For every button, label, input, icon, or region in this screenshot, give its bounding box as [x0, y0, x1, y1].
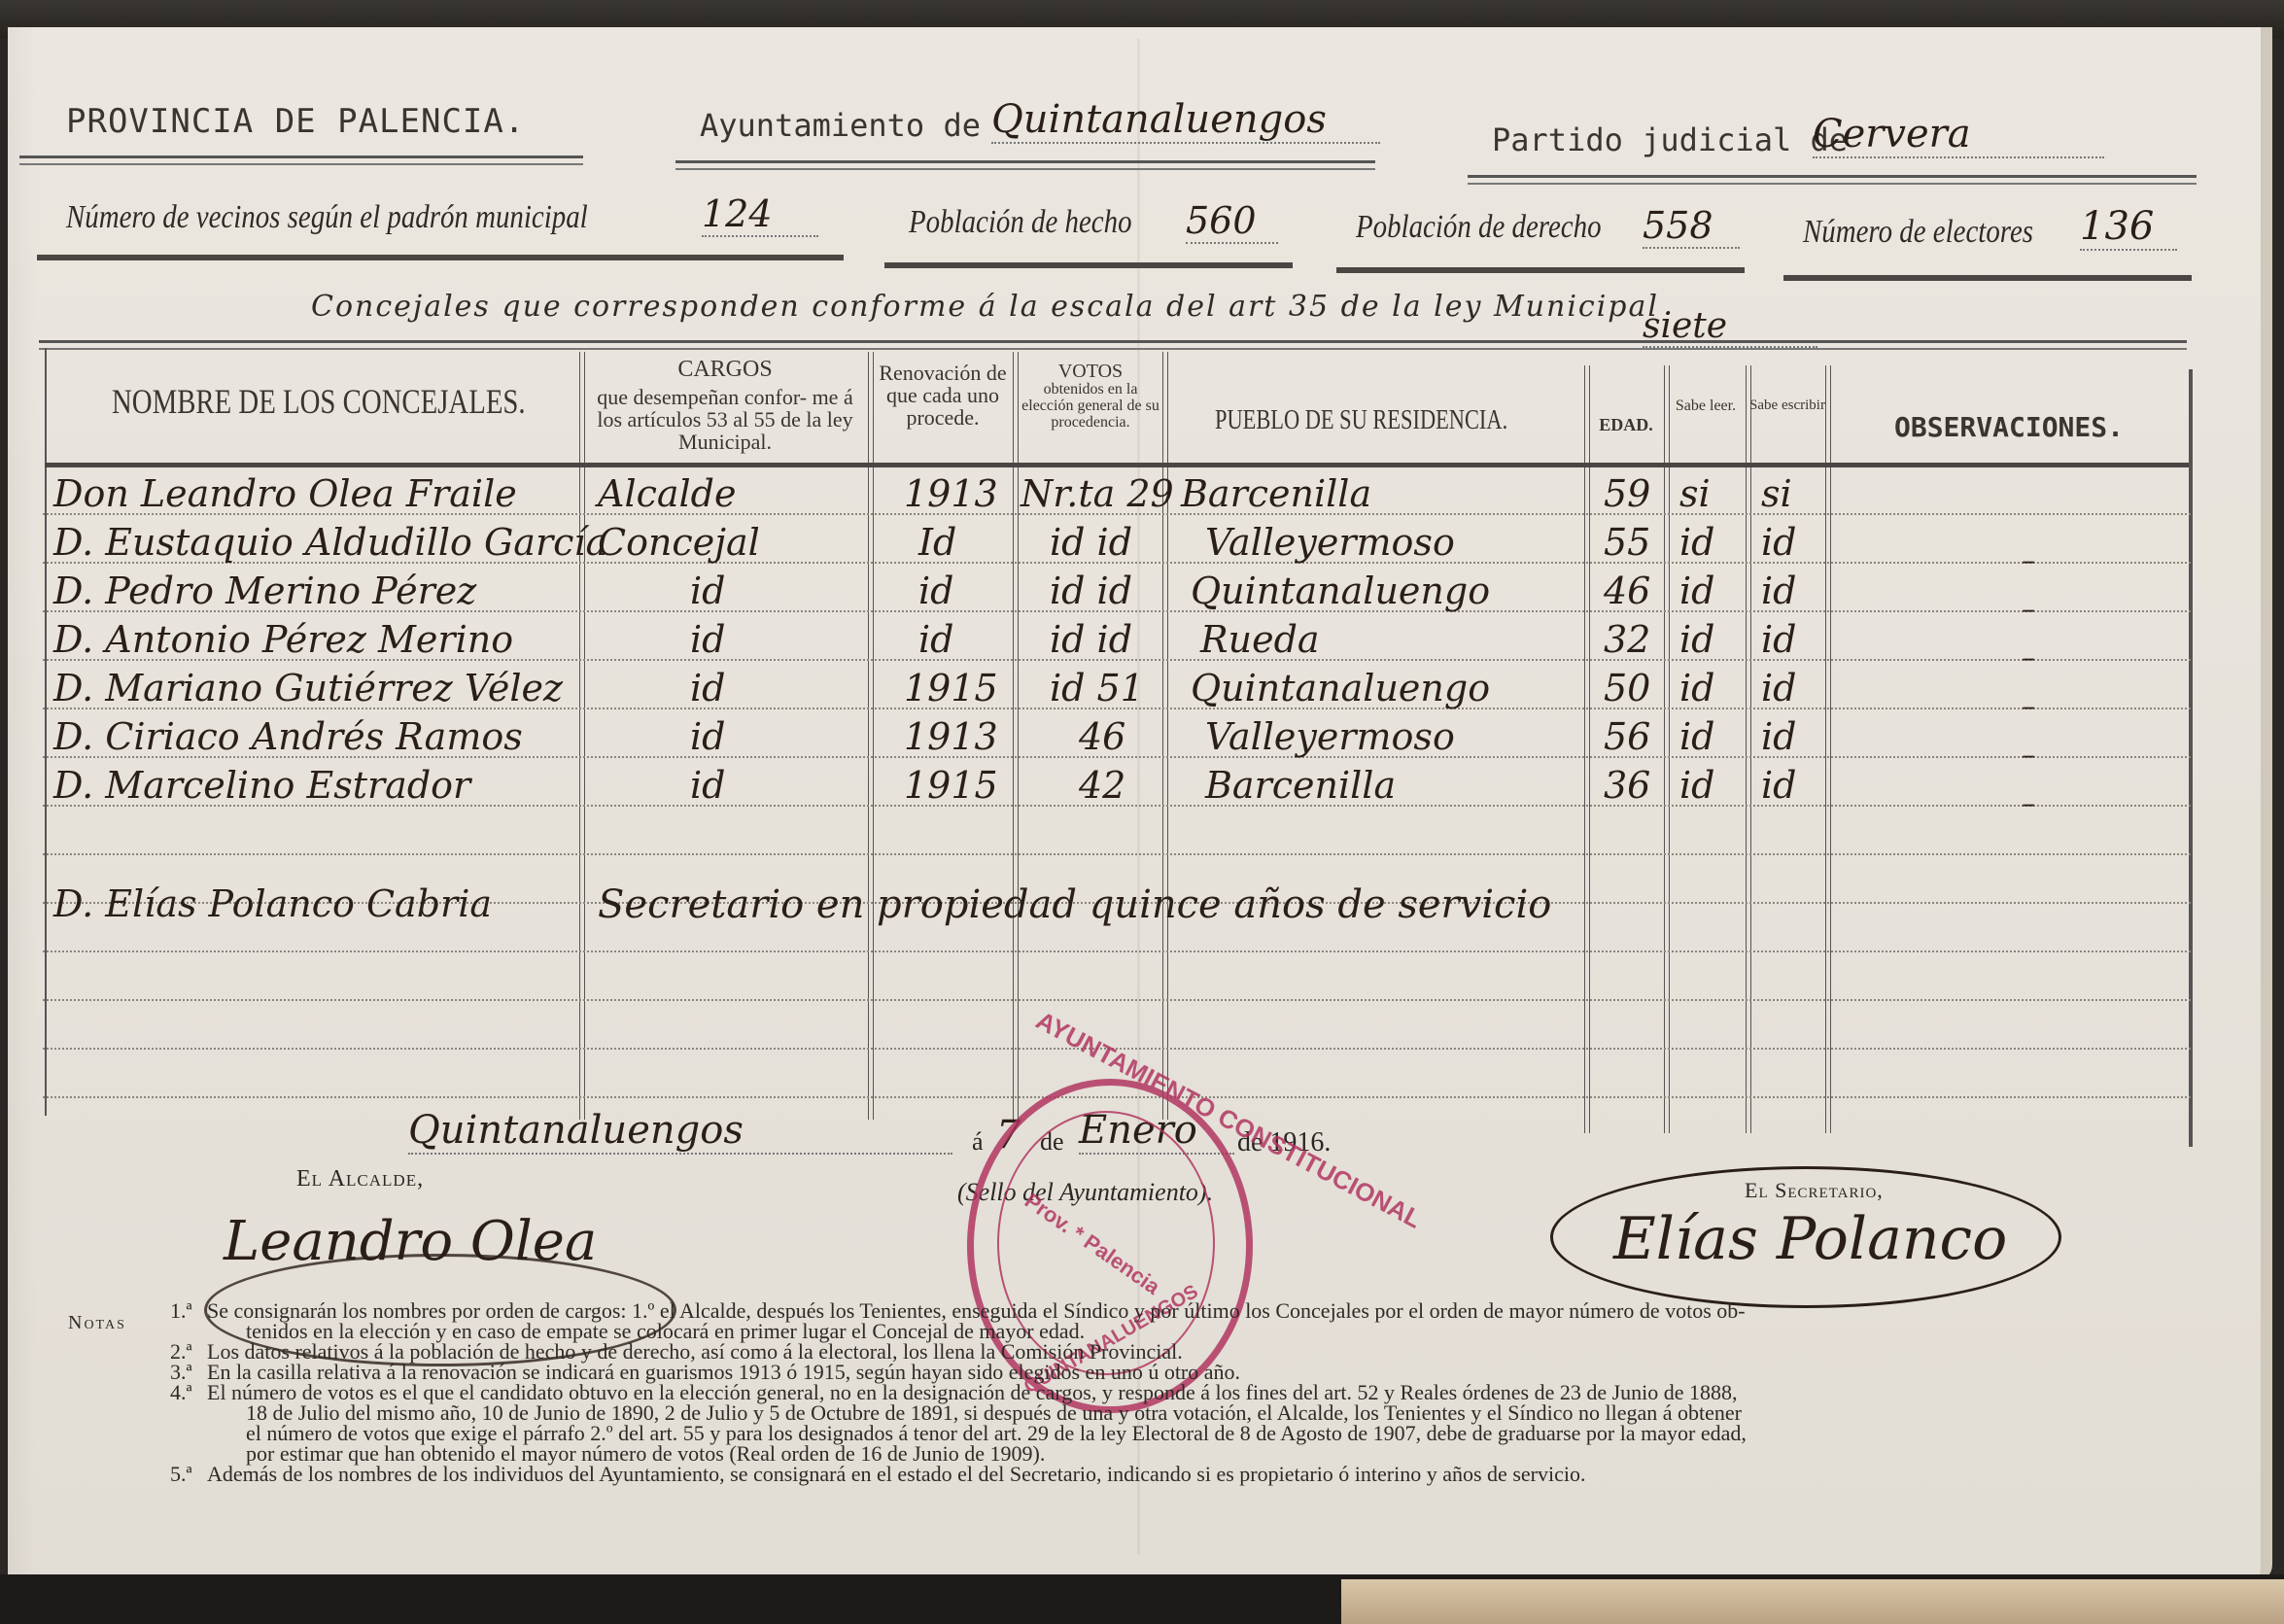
alcalde-label: El Alcalde,	[296, 1166, 424, 1192]
notes-label: Notas	[68, 1312, 126, 1334]
cell-edad: 50	[1604, 667, 1650, 709]
cell-secretario-note: Secretario en propiedad quince años de s…	[598, 882, 1551, 927]
cell-cargo: Alcalde	[598, 472, 737, 515]
col-header-pueblo: PUEBLO DE SU RESIDENCIA.	[1215, 406, 1507, 434]
cell-cargo: id	[690, 570, 725, 612]
table-top-border	[39, 340, 2187, 350]
col-header-edad: EDAD.	[1588, 416, 1664, 434]
cell-edad: 46	[1604, 570, 1650, 612]
row-rule	[43, 999, 2191, 1001]
hecho-value: 560	[1186, 199, 1278, 244]
note-line: Los datos relativos á la población de he…	[207, 1341, 1183, 1362]
vecinos-value: 124	[702, 192, 818, 237]
divider	[675, 160, 1375, 170]
cell-edad: 59	[1604, 472, 1650, 515]
cell-obs: –	[2022, 690, 2035, 722]
cell-nombre: D. Marcelino Estrador	[53, 764, 470, 807]
electores-label: Número de electores	[1803, 214, 2033, 251]
note-3: 3.ª En la casilla relativa á la renovaci…	[170, 1362, 2211, 1382]
cell-escribir: id	[1761, 764, 1796, 807]
cell-edad: 55	[1604, 521, 1650, 564]
partido-label: Partido judicial de	[1492, 121, 1848, 158]
cell-pueblo: Quintanaluengo	[1191, 570, 1490, 612]
cell-cargo: id	[690, 667, 725, 709]
col-header-cargos-sub: que desempeñan confor- me á los artículo…	[583, 386, 867, 453]
cell-cargo: id	[690, 618, 725, 661]
cell-obs: –	[2022, 641, 2035, 674]
cell-cargo: id	[690, 715, 725, 758]
cell-renovacion: 1913	[904, 715, 998, 758]
cell-nombre: D. Eustaquio Aldudillo García	[53, 521, 607, 564]
divider	[37, 255, 844, 260]
divider	[884, 262, 1293, 268]
cell-votos: id id	[1050, 521, 1132, 564]
note-5: 5.ª Además de los nombres de los individ…	[170, 1464, 2211, 1484]
cell-nombre: D. Elías Polanco Cabria	[53, 882, 492, 925]
date-a-label: á	[972, 1127, 984, 1157]
cell-edad: 36	[1604, 764, 1650, 807]
cell-pueblo: Valleyermoso	[1205, 521, 1455, 564]
note-1: 1.ª Se consignarán los nombres por orden…	[170, 1300, 2211, 1341]
derecho-label: Población de derecho	[1356, 209, 1602, 246]
col-divider	[1584, 365, 1590, 1133]
cell-renovacion: id	[918, 570, 953, 612]
cell-leer: id	[1679, 715, 1714, 758]
col-divider	[1825, 365, 1831, 1133]
col-header-cargos-title: CARGOS	[583, 358, 867, 382]
cell-pueblo: Rueda	[1200, 618, 1320, 661]
cell-renovacion: 1913	[904, 472, 998, 515]
electores-value: 136	[2080, 204, 2177, 251]
cell-escribir: id	[1761, 570, 1796, 612]
cell-cargo: id	[690, 764, 725, 807]
col-header-votos: VOTOS obtenidos en la elección general d…	[1021, 362, 1160, 431]
province-title: PROVINCIA DE PALENCIA.	[66, 102, 525, 141]
note-line: 18 de Julio del mismo año, 10 de Junio d…	[207, 1402, 1747, 1423]
note-2: 2.ª Los datos relativos á la población d…	[170, 1341, 2211, 1362]
note-num: 3.ª	[170, 1362, 207, 1382]
cell-votos: id id	[1050, 570, 1132, 612]
cell-leer: id	[1679, 570, 1714, 612]
cell-edad: 56	[1604, 715, 1650, 758]
cell-nombre: D. Ciriaco Andrés Ramos	[53, 715, 523, 758]
cell-votos: 42	[1079, 764, 1125, 807]
divider	[19, 155, 583, 165]
vecinos-label: Número de vecinos según el padrón munici…	[66, 199, 588, 236]
cell-nombre: D. Pedro Merino Pérez	[53, 570, 476, 612]
cell-renovacion: 1915	[904, 764, 998, 807]
page-edge-bottom	[1341, 1579, 2284, 1624]
row-rule	[43, 853, 2191, 855]
ayuntamiento-value: Quintanaluengos	[991, 97, 1380, 144]
col-divider	[1746, 365, 1751, 1133]
cell-leer: si	[1679, 472, 1711, 515]
place-value: Quintanaluengos	[408, 1108, 952, 1155]
cell-obs: –	[2022, 787, 2035, 819]
notes-list: 1.ª Se consignarán los nombres por orden…	[170, 1300, 2211, 1484]
concejales-label: Concejales que corresponden conforme á l…	[311, 290, 1659, 324]
cell-obs: –	[2022, 544, 2035, 576]
cell-renovacion: id	[918, 618, 953, 661]
divider	[1468, 175, 2197, 185]
cell-votos: Nr.ta 29	[1021, 472, 1174, 515]
cell-escribir: id	[1761, 521, 1796, 564]
cell-pueblo: Quintanaluengo	[1191, 667, 1490, 709]
col-header-renovacion: Renovación de que cada uno procede.	[875, 362, 1011, 429]
cell-leer: id	[1679, 764, 1714, 807]
note-line: El número de votos es el que el candidat…	[207, 1382, 1747, 1402]
row-rule	[43, 950, 2191, 952]
cell-renovacion: 1915	[904, 667, 998, 709]
note-line: el número de votos que exige el párrafo …	[207, 1423, 1747, 1443]
col-header-leer: Sabe leer.	[1668, 398, 1744, 415]
table-right-border	[2189, 369, 2193, 1147]
col-header-escribir: Sabe escribir	[1749, 398, 1825, 414]
col-header-votos-sub: obtenidos en la elección general de su p…	[1021, 382, 1160, 431]
cell-votos: id 51	[1050, 667, 1144, 709]
divider	[1336, 267, 1745, 273]
note-line: por estimar que han obtenido el mayor nú…	[207, 1443, 1747, 1464]
cell-leer: id	[1679, 521, 1714, 564]
cell-obs: –	[2022, 593, 2035, 625]
note-line: tenidos en la elección y en caso de empa…	[207, 1321, 1746, 1341]
note-num: 4.ª	[170, 1382, 207, 1464]
cell-nombre: Don Leandro Olea Fraile	[53, 472, 517, 515]
note-num: 5.ª	[170, 1464, 207, 1484]
note-line: En la casilla relativa á la renovación s…	[207, 1362, 1240, 1382]
cell-escribir: si	[1761, 472, 1792, 515]
cell-pueblo: Valleyermoso	[1205, 715, 1455, 758]
cell-escribir: id	[1761, 667, 1796, 709]
divider	[1783, 275, 2192, 281]
cell-escribir: id	[1761, 618, 1796, 661]
cell-edad: 32	[1604, 618, 1650, 661]
cell-cargo: Concejal	[598, 521, 760, 564]
cell-obs: –	[2022, 739, 2035, 771]
derecho-value: 558	[1643, 204, 1740, 249]
cell-leer: id	[1679, 618, 1714, 661]
note-4: 4.ª El número de votos es el que el cand…	[170, 1382, 2211, 1464]
ayuntamiento-label: Ayuntamiento de	[700, 107, 981, 144]
col-divider	[1664, 365, 1670, 1133]
cell-renovacion: Id	[918, 521, 956, 564]
partido-value: Cervera	[1813, 112, 2104, 158]
col-header-cargos: CARGOS que desempeñan confor- me á los a…	[583, 358, 867, 453]
cell-nombre: D. Mariano Gutiérrez Vélez	[53, 667, 563, 709]
col-header-votos-title: VOTOS	[1021, 362, 1160, 382]
cell-leer: id	[1679, 667, 1714, 709]
cell-votos: id id	[1050, 618, 1132, 661]
col-header-nombre: NOMBRE DE LOS CONCEJALES.	[112, 384, 526, 421]
cell-votos: 46	[1079, 715, 1125, 758]
col-header-observaciones: OBSERVACIONES.	[1829, 413, 2189, 441]
cell-escribir: id	[1761, 715, 1796, 758]
hecho-label: Población de hecho	[909, 204, 1132, 241]
note-num: 1.ª	[170, 1300, 207, 1341]
note-num: 2.ª	[170, 1341, 207, 1362]
header-bottom-border	[45, 463, 2189, 467]
note-line: Además de los nombres de los individuos …	[207, 1464, 1585, 1484]
secretario-signature-flourish	[1550, 1166, 2061, 1308]
note-line: Se consignarán los nombres por orden de …	[207, 1300, 1746, 1321]
cell-pueblo: Barcenilla	[1205, 764, 1396, 807]
cell-pueblo: Barcenilla	[1181, 472, 1371, 515]
cell-nombre: D. Antonio Pérez Merino	[53, 618, 513, 661]
